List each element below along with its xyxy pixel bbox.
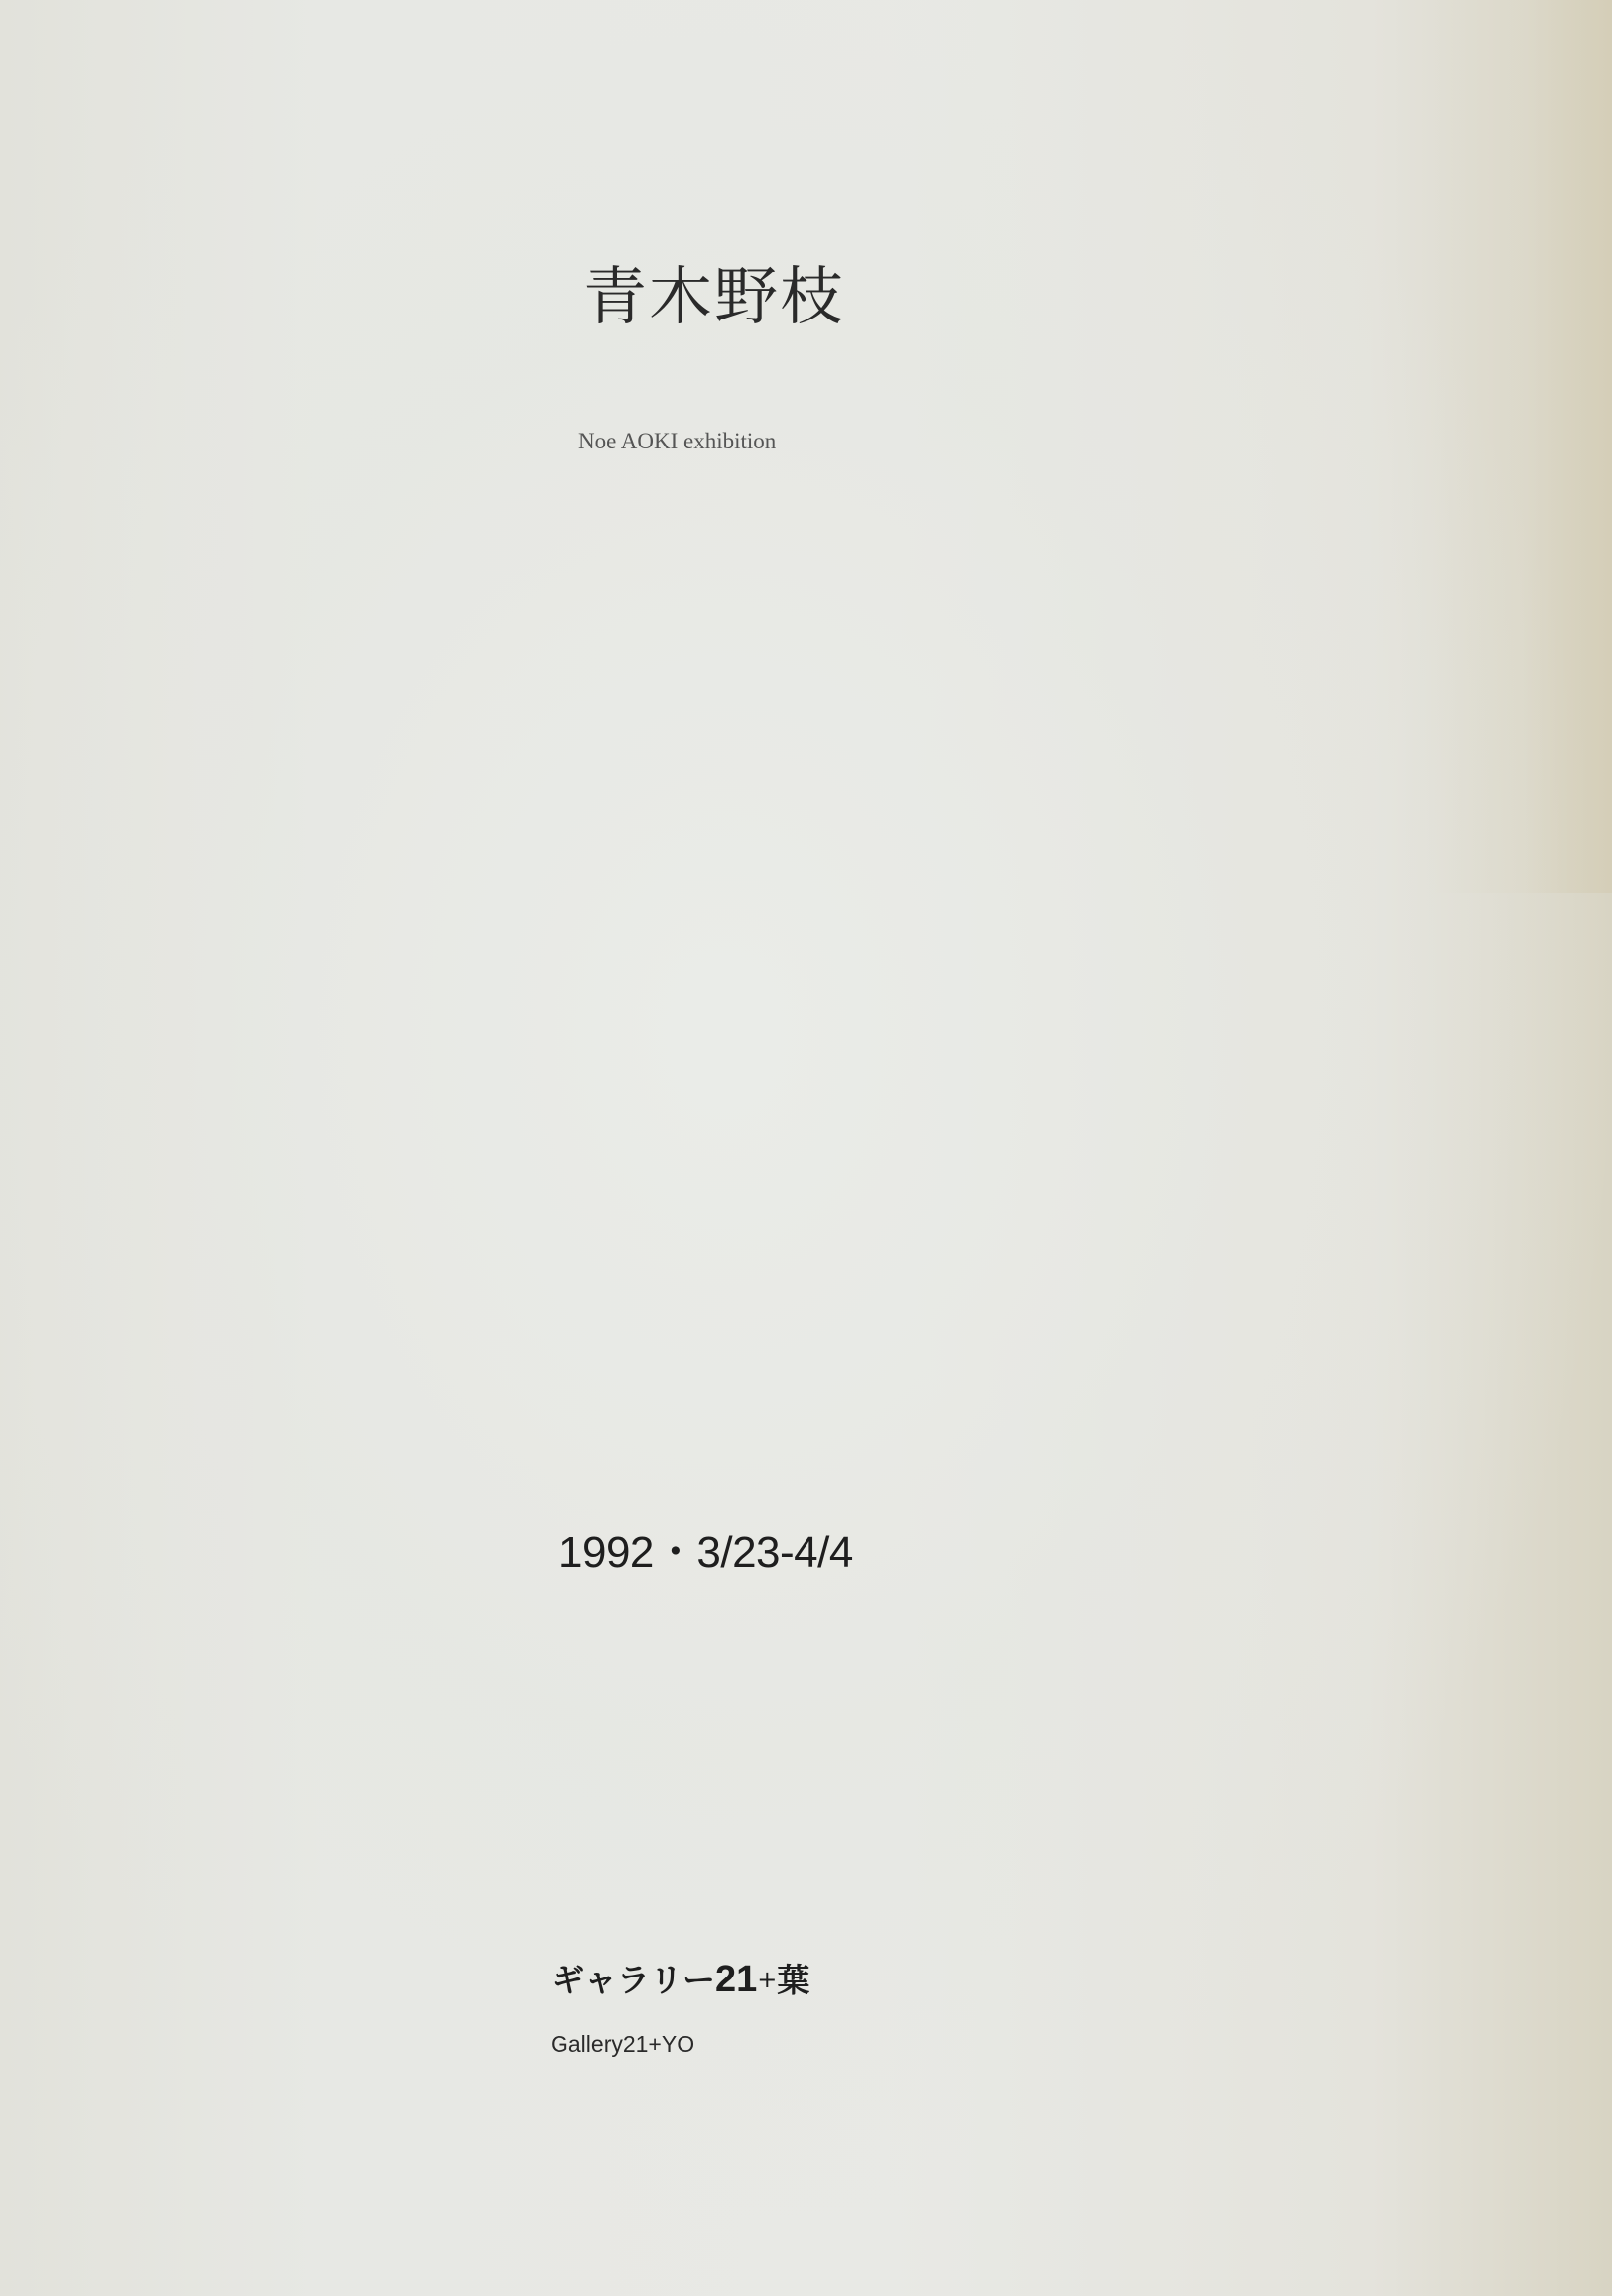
gallery-name-plus: + bbox=[757, 1966, 777, 1993]
exhibition-dates: 1992・3/23-4/4 bbox=[558, 1531, 853, 1575]
gallery-name-japanese: ギャラリー21+葉 bbox=[552, 1961, 809, 1998]
artist-name-japanese: 青木野枝 bbox=[583, 266, 845, 329]
exhibition-subtitle: Noe AOKI exhibition bbox=[578, 430, 776, 452]
gallery-name-prefix: ギャラリー bbox=[552, 1961, 715, 1999]
gallery-name-suffix: 葉 bbox=[777, 1961, 809, 1999]
gallery-name-number: 21 bbox=[715, 1959, 757, 2000]
gallery-name-english: Gallery21+YO bbox=[551, 2033, 694, 2056]
catalog-cover: 青木野枝 Noe AOKI exhibition 1992・3/23-4/4 ギ… bbox=[0, 0, 1612, 2296]
